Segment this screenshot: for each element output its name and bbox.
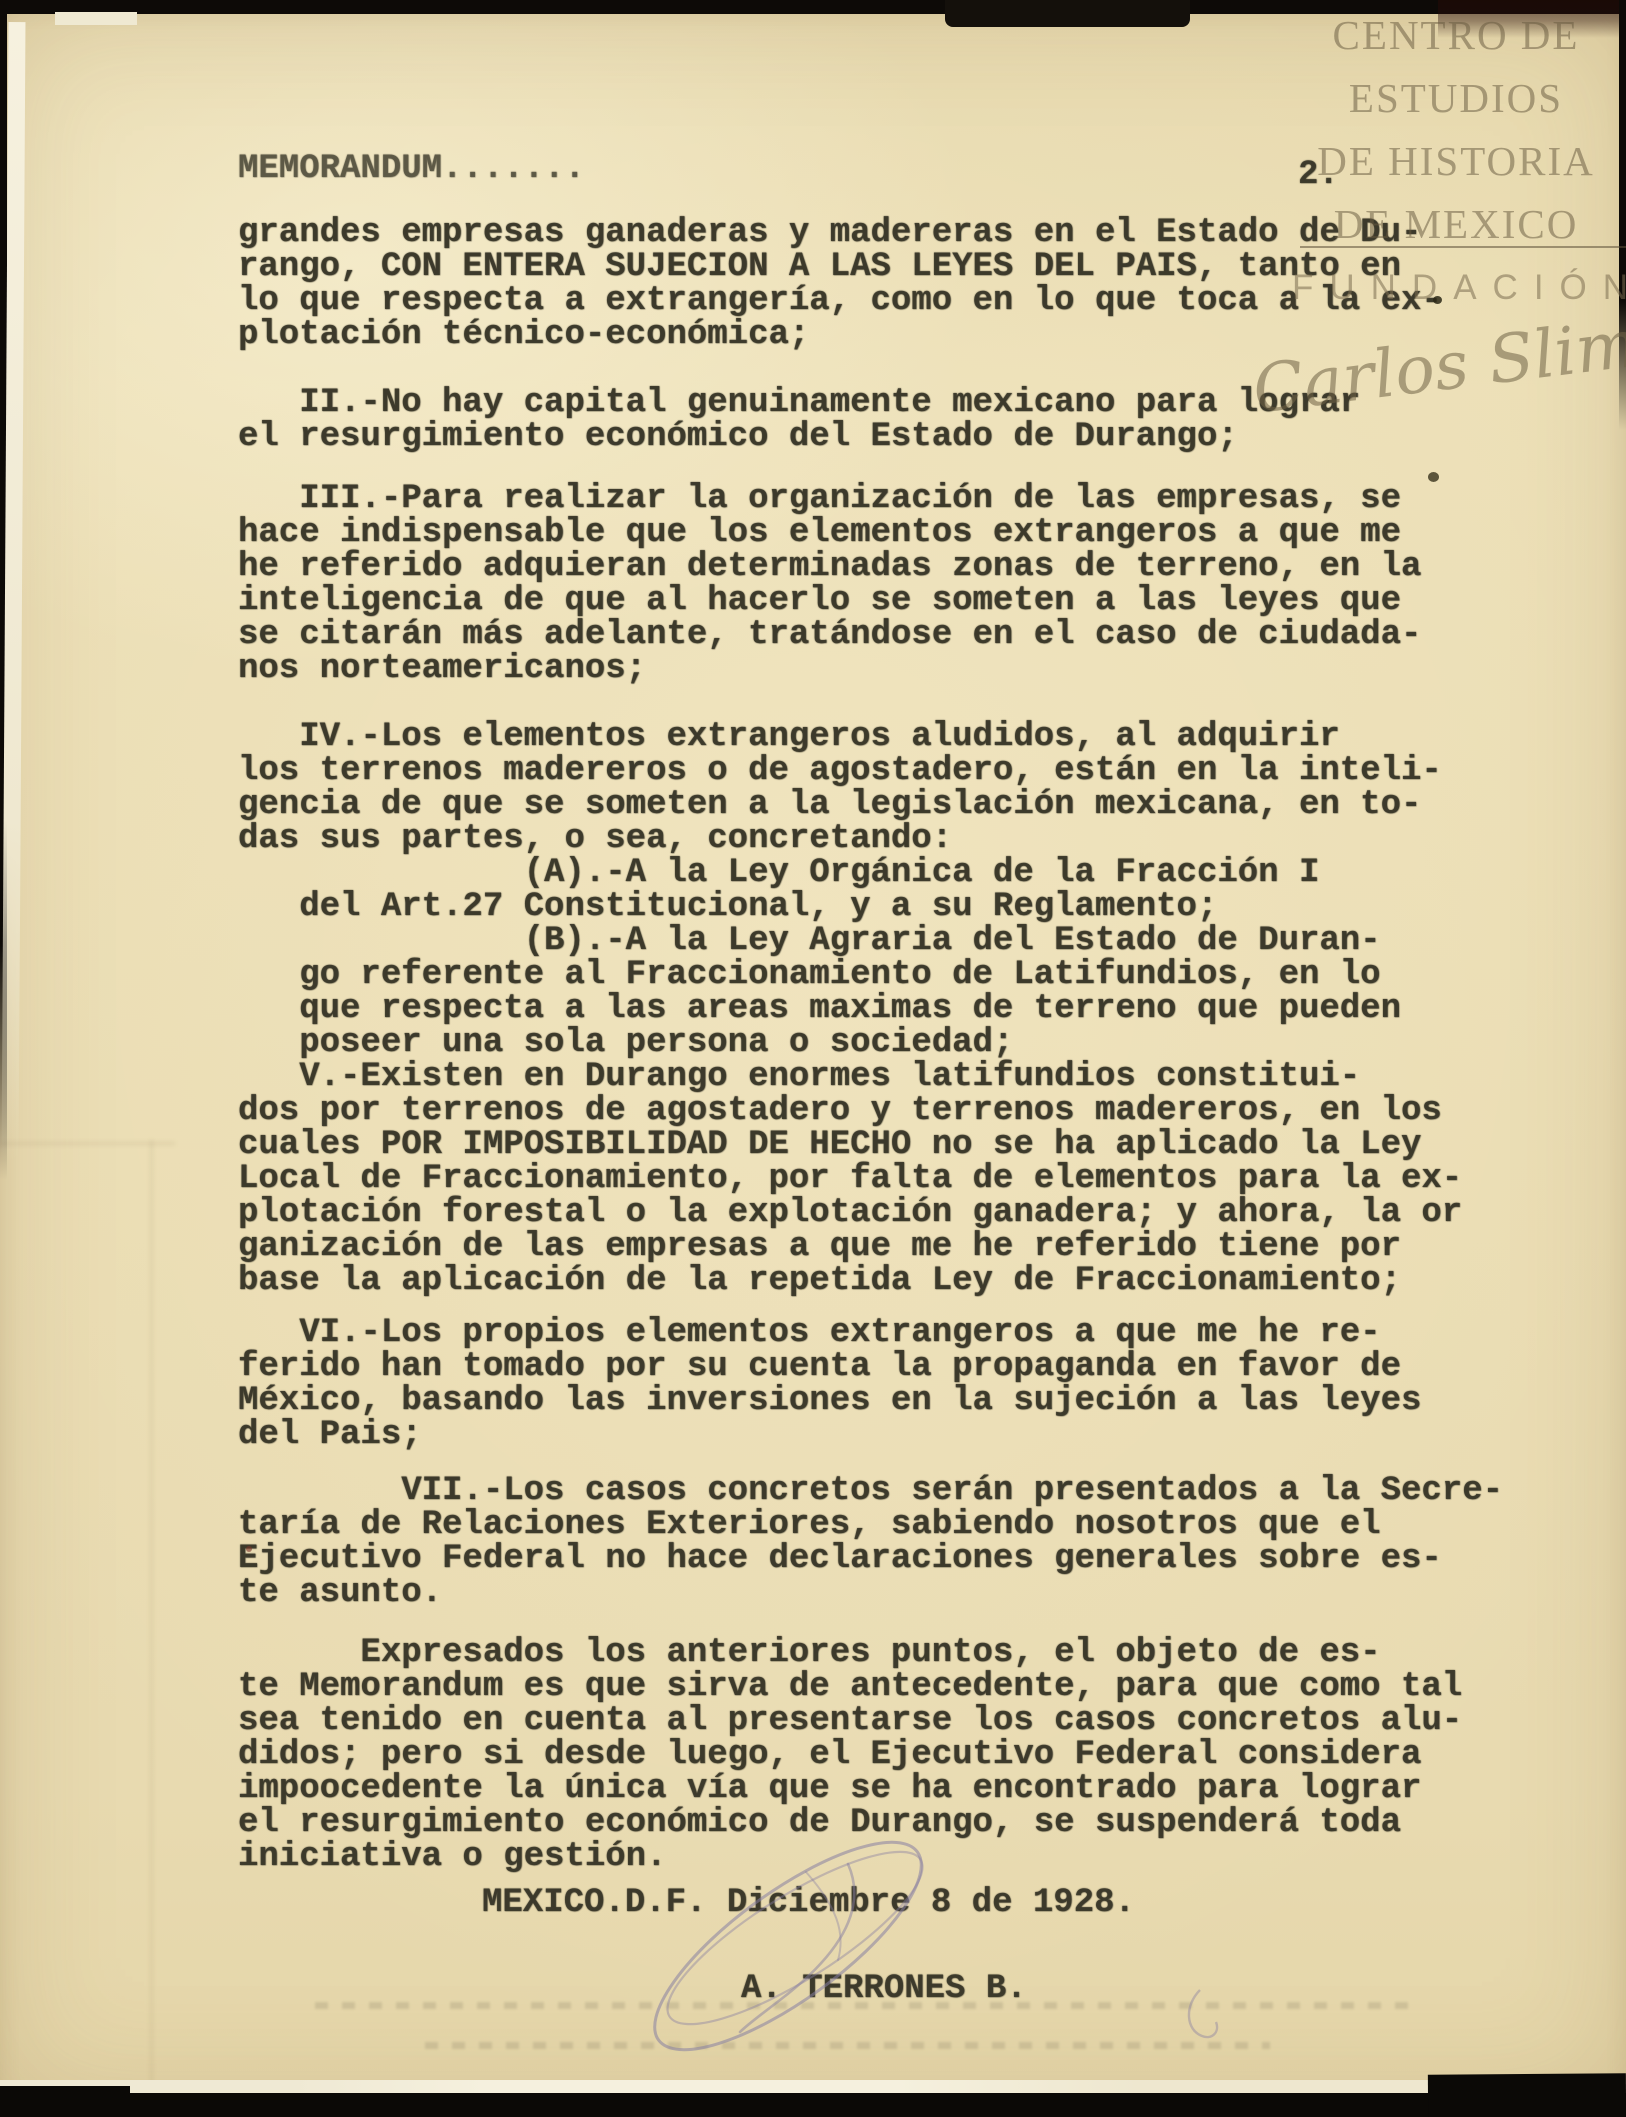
text-line: sea tenido en cuenta al presentarse los … [238, 1704, 1462, 1738]
text-line: grandes empresas ganaderas y madereras e… [238, 216, 1442, 250]
text-line: Local de Fraccionamiento, por falta de e… [238, 1162, 1462, 1196]
typewritten-text-layer: MEMORANDUM....... 2. grandes empresas ga… [0, 0, 1626, 2117]
text-line: V.-Existen en Durango enormes latifundio… [238, 1060, 1462, 1094]
scan-edge-bottom-left [0, 2086, 130, 2117]
text-line: dos por terrenos de agostadero y terreno… [238, 1094, 1462, 1128]
memo-paragraph-6: VI.-Los propios elementos extrangeros a … [238, 1316, 1421, 1452]
text-line: poseer una sola persona o sociedad; [238, 1026, 1442, 1060]
memo-paragraph-1: grandes empresas ganaderas y madereras e… [238, 216, 1442, 352]
scan-edge-top-right [1438, 0, 1626, 38]
text-line: te Memorandum es que sirva de antecedent… [238, 1670, 1462, 1704]
text-line: inteligencia de que al hacerlo se somete… [238, 584, 1421, 618]
text-line: plotación forestal o la explotación gana… [238, 1196, 1462, 1230]
memo-paragraph-5: V.-Existen en Durango enormes latifundio… [238, 1060, 1462, 1298]
text-line: del Art.27 Constitucional, y a su Reglam… [238, 890, 1442, 924]
text-line: los terrenos madereros o de agostadero, … [238, 754, 1442, 788]
text-line: gencia de que se someten a la legislació… [238, 788, 1442, 822]
text-line: lo que respecta a extrangería, como en l… [238, 284, 1442, 318]
memo-paragraph-3: III.-Para realizar la organización de la… [238, 482, 1421, 686]
memo-paragraph-4: IV.-Los elementos extrangeros aludidos, … [238, 720, 1442, 1060]
memo-title: MEMORANDUM....... [238, 150, 585, 188]
paper-edge-bottom-highlight [0, 2080, 1626, 2094]
memo-paragraph-8: Expresados los anteriores puntos, el obj… [238, 1636, 1462, 1874]
text-line: México, basando las inversiones en la su… [238, 1384, 1421, 1418]
scan-edge-bottom [0, 2093, 1626, 2117]
text-line: go referente al Fraccionamiento de Latif… [238, 958, 1442, 992]
text-line: IV.-Los elementos extrangeros aludidos, … [238, 720, 1442, 754]
memo-paragraph-7: VII.-Los casos concretos serán presentad… [238, 1474, 1503, 1610]
scan-edge-right [1619, 0, 1626, 430]
text-line: ganización de las empresas a que me he r… [238, 1230, 1462, 1264]
text-line: (B).-A la Ley Agraria del Estado de Dura… [238, 924, 1442, 958]
text-line: plotación técnico-económica; [238, 318, 1442, 352]
text-line: base la aplicación de la repetida Ley de… [238, 1264, 1462, 1298]
text-line: VII.-Los casos concretos serán presentad… [238, 1474, 1503, 1508]
text-line: (A).-A la Ley Orgánica de la Fracción I [238, 856, 1442, 890]
text-line: he referido adquieran determinadas zonas… [238, 550, 1421, 584]
text-line: III.-Para realizar la organización de la… [238, 482, 1421, 516]
ink-speck [246, 1546, 252, 1552]
text-line: iniciativa o gestión. [238, 1840, 1462, 1874]
text-line: cuales POR IMPOSIBILIDAD DE HECHO no se … [238, 1128, 1462, 1162]
text-line: te asunto. [238, 1576, 1503, 1610]
text-line: II.-No hay capital genuinamente mexicano… [238, 386, 1360, 420]
text-line: nos norteamericanos; [238, 652, 1421, 686]
text-line: rango, CON ENTERA SUJECION A LAS LEYES D… [238, 250, 1442, 284]
text-line: se citarán más adelante, tratándose en e… [238, 618, 1421, 652]
text-line: Ejecutivo Federal no hace declaraciones … [238, 1542, 1503, 1576]
scan-edge-top [0, 0, 1626, 14]
scan-edge-top-bump [945, 0, 1190, 27]
text-line: que respecta a las areas maximas de terr… [238, 992, 1442, 1026]
text-line: Expresados los anteriores puntos, el obj… [238, 1636, 1462, 1670]
bleedthrough-row [315, 2002, 1410, 2009]
text-line: el resurgimiento económico de Durango, s… [238, 1806, 1462, 1840]
bleedthrough-row [425, 2042, 1270, 2049]
text-line: das sus partes, o sea, concretando: [238, 822, 1442, 856]
text-line: hace indispensable que los elementos ext… [238, 516, 1421, 550]
scanned-memorandum-page: MEMORANDUM....... 2. grandes empresas ga… [0, 0, 1626, 2117]
text-line: impoocedente la única vía que se ha enco… [238, 1772, 1462, 1806]
text-line: VI.-Los propios elementos extrangeros a … [238, 1316, 1421, 1350]
text-line: ferido han tomado por su cuenta la propa… [238, 1350, 1421, 1384]
scan-edge-notch [55, 12, 137, 25]
date-line: MEXICO.D.F. Diciembre 8 de 1928. [482, 1884, 1135, 1922]
scan-edge-bottom-right [1428, 2073, 1626, 2117]
ink-speck [1433, 296, 1442, 304]
text-line: didos; pero si desde luego, el Ejecutivo… [238, 1738, 1462, 1772]
text-line: el resurgimiento económico del Estado de… [238, 420, 1360, 454]
page-number: 2. [1298, 156, 1339, 194]
ink-speck [1428, 472, 1439, 482]
text-line: taría de Relaciones Exteriores, sabiendo… [238, 1508, 1503, 1542]
text-line: del Pais; [238, 1418, 1421, 1452]
memo-paragraph-2: II.-No hay capital genuinamente mexicano… [238, 386, 1360, 454]
